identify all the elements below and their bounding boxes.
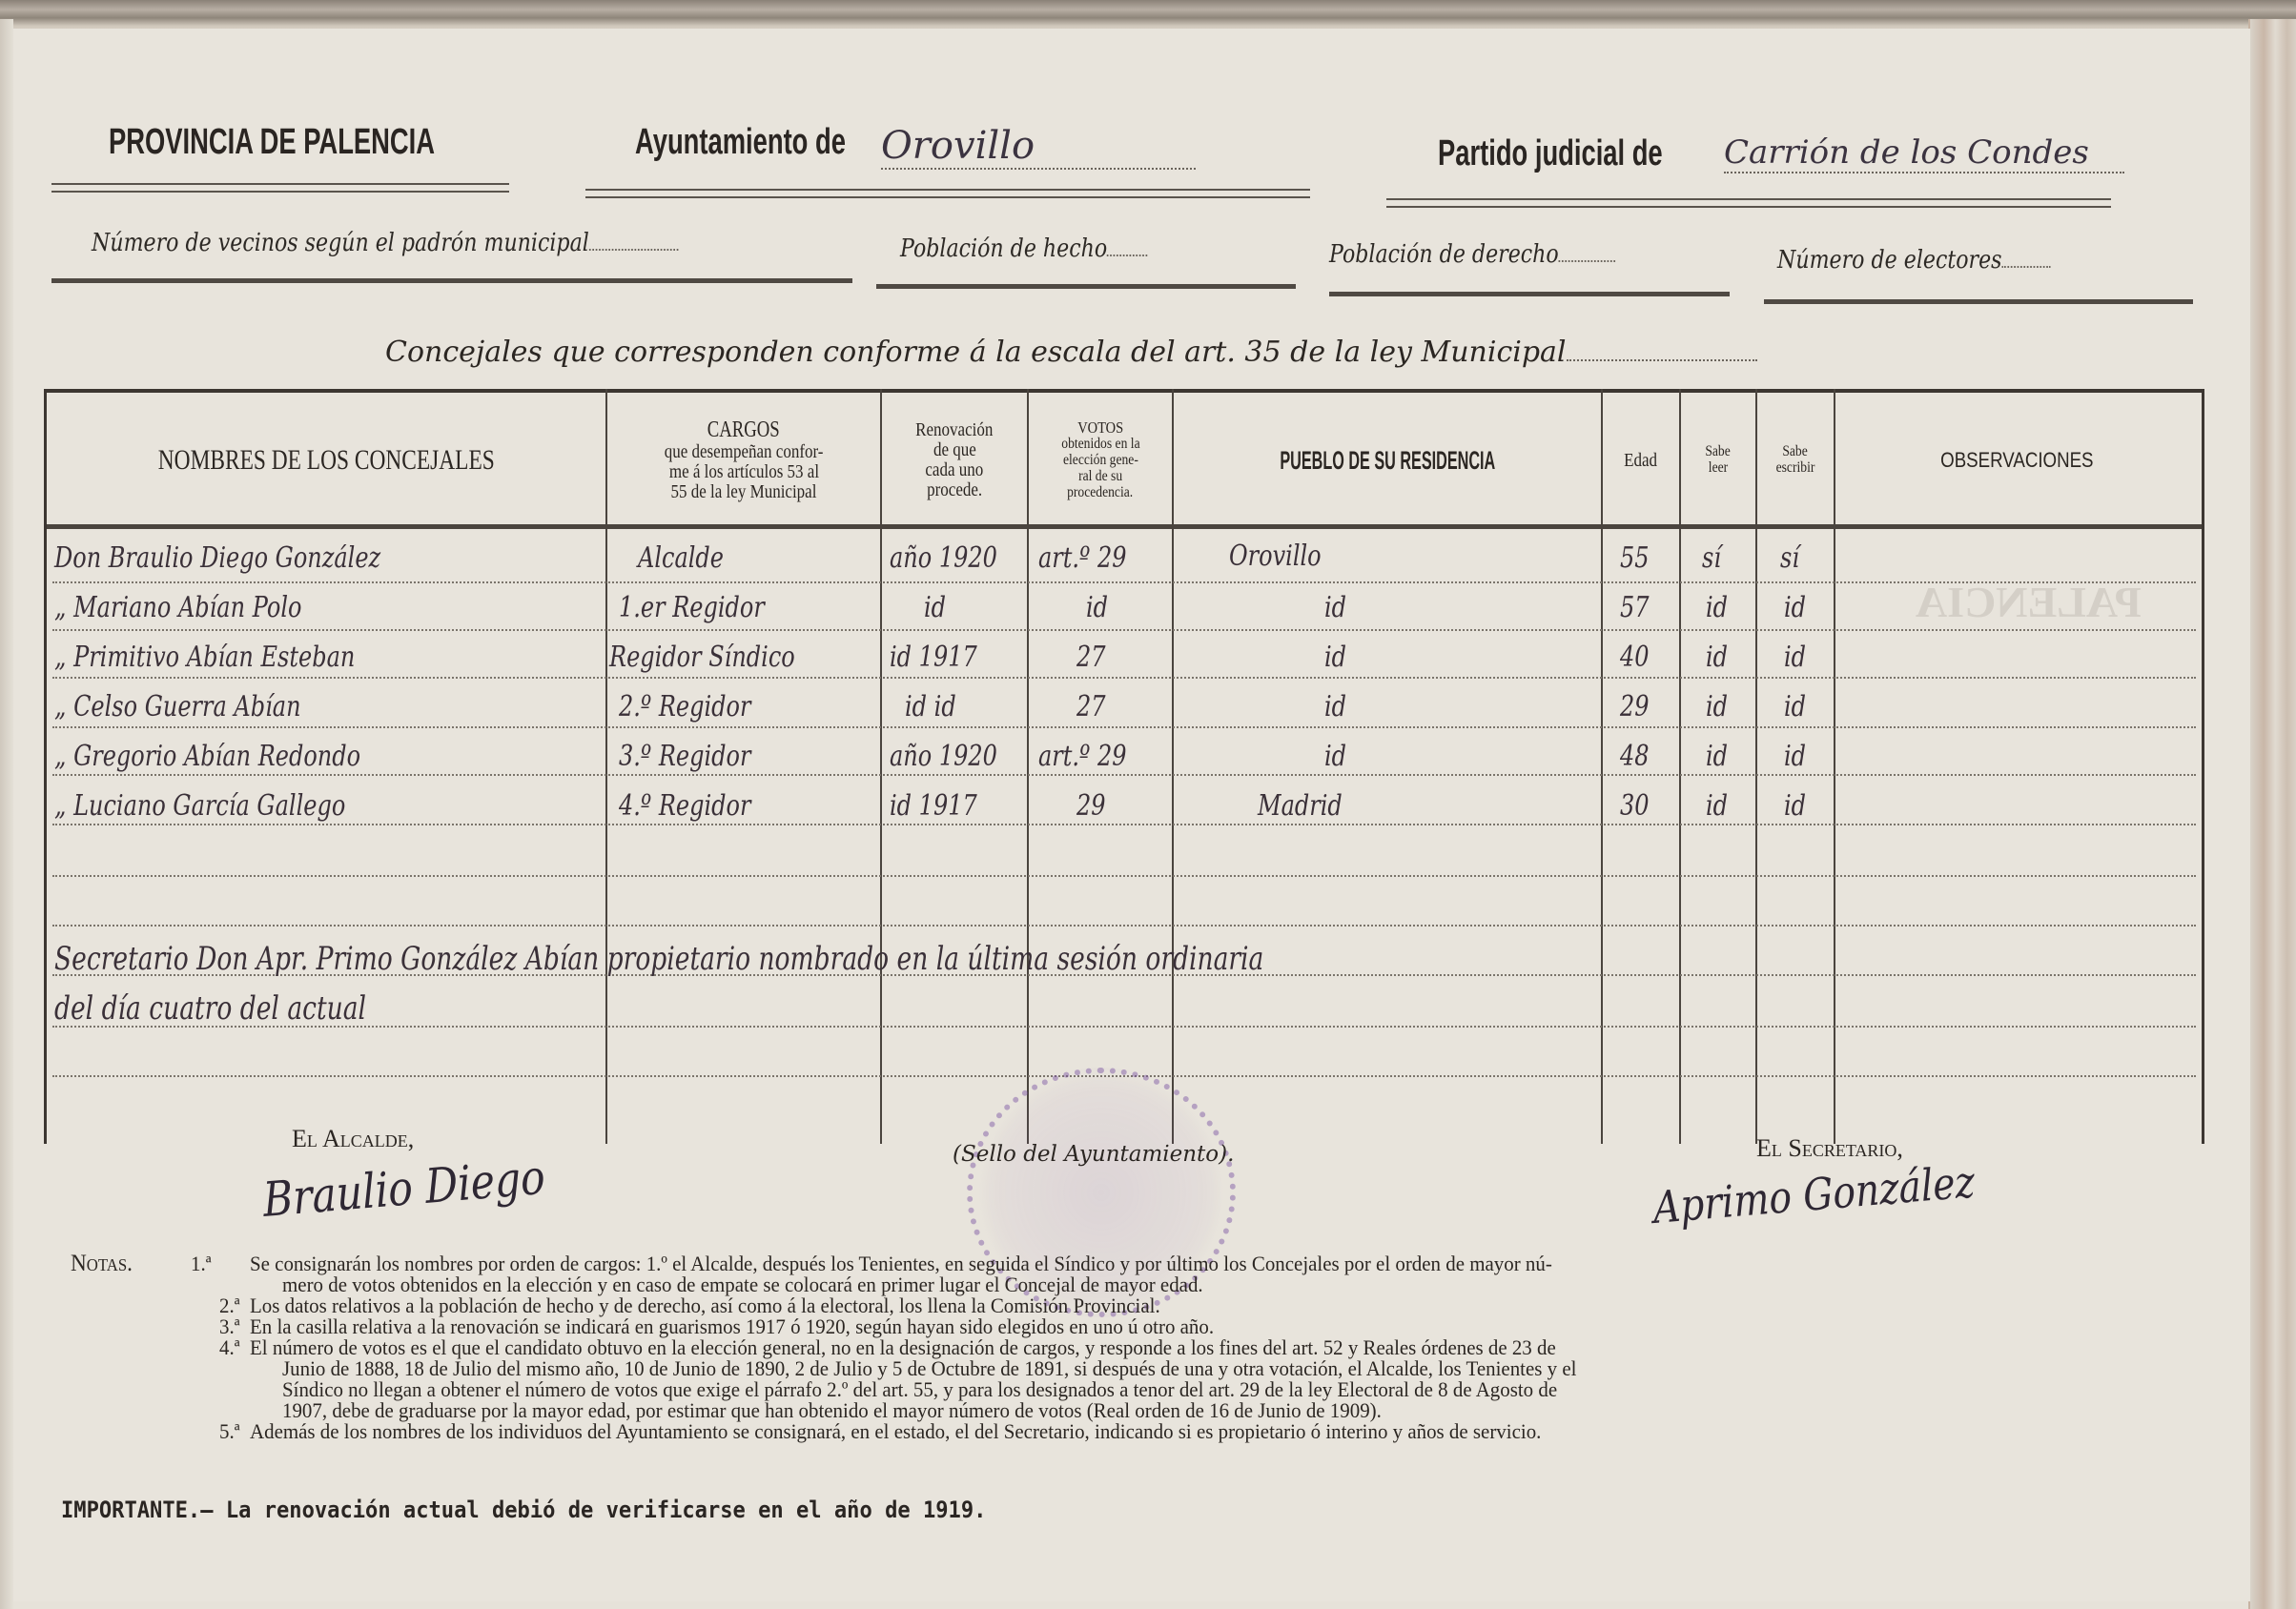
table-caption: Concejales que corresponden conforme á l… [385,336,1757,369]
poblacion-derecho-label: Población de derecho [1329,240,1615,269]
cell-edad: 48 [1620,740,1650,773]
page-edge-top [0,0,2296,32]
province-title: PROVINCIA DE PALENCIA [109,122,562,163]
cell-edad: 57 [1620,591,1650,624]
secretario-label: El Secretario, [1756,1134,1903,1163]
cell-nombre: „ Primitivo Abían Esteban [54,641,355,674]
note-text: mero de votos obtenidos en la elección y… [282,1275,1203,1294]
note-text: Además de los nombres de los individuos … [250,1422,1541,1441]
header-cargos: CARGOS que desempeñan confor- me á los a… [607,398,880,522]
note-num: 3.ª [219,1317,239,1336]
cell-renovacion: id [924,591,946,624]
cell-cargo: 1.er Regidor [619,591,765,624]
header-edad: Edad [1603,398,1679,522]
cell-leer: id [1706,740,1728,773]
cell-edad: 30 [1620,789,1650,823]
cell-nombre: „ Celso Guerra Abían [54,690,301,723]
cell-pueblo: id [1324,641,1346,674]
note-text: Se consignarán los nombres por orden de … [250,1254,1552,1273]
cell-escribir: id [1784,591,1806,624]
cell-leer: id [1706,641,1728,674]
seal-caption: (Sello del Ayuntamiento). [953,1142,1234,1167]
header-renovacion: Renovación de que cada uno procede. [882,398,1027,522]
cell-nombre: Don Braulio Diego González [54,541,380,575]
note-num: 4.ª [219,1338,239,1357]
cell-renovacion: año 1920 [890,541,997,575]
alcalde-label: El Alcalde, [292,1125,414,1153]
poblacion-hecho-label: Población de hecho [900,234,1148,263]
cell-cargo: 3.º Regidor [619,740,750,773]
page-edge-right [2248,19,2296,1609]
cell-edad: 55 [1620,541,1650,575]
cell-votos: id [1086,591,1108,624]
poblacion-hecho-value [1107,255,1148,256]
note-text: En la casilla relativa a la renovación s… [250,1317,1214,1336]
cell-votos: 29 [1076,789,1106,823]
importante-notice: IMPORTANTE.– La renovación actual debió … [61,1497,986,1523]
cell-renovacion: año 1920 [890,740,997,773]
notes-label: Notas. [71,1254,133,1273]
header-sabe-escribir: Sabe escribir [1757,398,1834,522]
secretario-note-line-2: del día cuatro del actual [54,989,366,1028]
note-text: El número de votos es el que el candidat… [250,1338,1556,1357]
header-observaciones: OBSERVACIONES [1835,398,2198,522]
cell-votos: art.º 29 [1038,541,1127,575]
secretario-signature: Aprimo González [1651,1155,1976,1233]
cell-escribir: id [1784,740,1806,773]
cell-cargo: Alcalde [638,541,724,575]
cell-renovacion: id id [905,690,956,723]
cell-pueblo: id [1324,740,1346,773]
cell-leer: id [1706,789,1728,823]
cell-cargo: Regidor Síndico [609,641,795,674]
cell-leer: sí [1702,541,1721,575]
divider [1386,198,2111,208]
electores-label: Número de electores [1777,246,2051,275]
note-text: Síndico no llegan a obtener el número de… [282,1380,1557,1399]
header-sabe-leer: Sabe leer [1681,398,1755,522]
cell-escribir: id [1784,690,1806,723]
cell-nombre: „ Mariano Abían Polo [54,591,301,624]
divider [1329,292,1730,296]
cell-edad: 29 [1620,690,1650,723]
note-text: Junio de 1888, 18 de Julio del mismo año… [282,1359,1576,1378]
cell-cargo: 2.º Regidor [619,690,750,723]
header-votos: VOTOS obtenidos en la elección gene- ral… [1029,398,1172,522]
cell-pueblo: id [1324,591,1346,624]
cell-escribir: id [1784,789,1806,823]
divider [876,284,1296,289]
poblacion-derecho-value [1559,260,1616,262]
header-nombres: NOMBRES DE LOS CONCEJALES [47,398,605,522]
electores-value [2002,266,2051,268]
header-pueblo: PUEBLO DE SU RESIDENCIA [1174,398,1601,522]
note-text: 1907, debe de graduarse por la mayor eda… [282,1401,1382,1420]
cell-pueblo: Orovillo [1229,540,1322,573]
cell-cargo: 4.º Regidor [619,789,750,823]
cell-escribir: id [1784,641,1806,674]
cell-pueblo: id [1324,690,1346,723]
vecinos-value [589,249,679,251]
cell-renovacion: id 1917 [890,789,977,823]
cell-nombre: „ Gregorio Abían Redondo [54,740,360,773]
note-num: 2.ª [219,1296,239,1315]
cell-nombre: „ Luciano García Gallego [54,789,345,823]
cell-votos: 27 [1076,690,1106,723]
divider [1764,299,2193,304]
divider [51,278,852,283]
cell-escribir: sí [1780,541,1799,575]
divider [51,183,509,193]
ayuntamiento-value: Orovillo [881,124,1196,170]
secretario-note-line-1: Secretario Don Apr. Primo González Abían… [54,940,1263,978]
partido-label: Partido judicial de [1438,133,1750,174]
cell-pueblo: Madrid [1258,789,1343,823]
cell-renovacion: id 1917 [890,641,977,674]
note-num: 1.ª [191,1254,211,1273]
document-sheet: PALENCIA PROVINCIA DE PALENCIA Ayuntamie… [13,29,2250,1601]
divider [585,189,1310,198]
cell-votos: art.º 29 [1038,740,1127,773]
note-num: 5.ª [219,1422,239,1441]
partido-value: Carrión de los Condes [1724,133,2124,173]
vecinos-label: Número de vecinos según el padrón munici… [92,229,678,257]
binding-edge [0,19,13,1609]
alcalde-signature: Braulio Diego [261,1150,546,1228]
cell-votos: 27 [1076,641,1106,674]
cell-leer: id [1706,591,1728,624]
note-text: Los datos relativos a la población de he… [250,1296,1160,1315]
cell-leer: id [1706,690,1728,723]
cell-edad: 40 [1620,641,1650,674]
concejales-table: NOMBRES DE LOS CONCEJALES CARGOS que des… [44,389,2204,1144]
